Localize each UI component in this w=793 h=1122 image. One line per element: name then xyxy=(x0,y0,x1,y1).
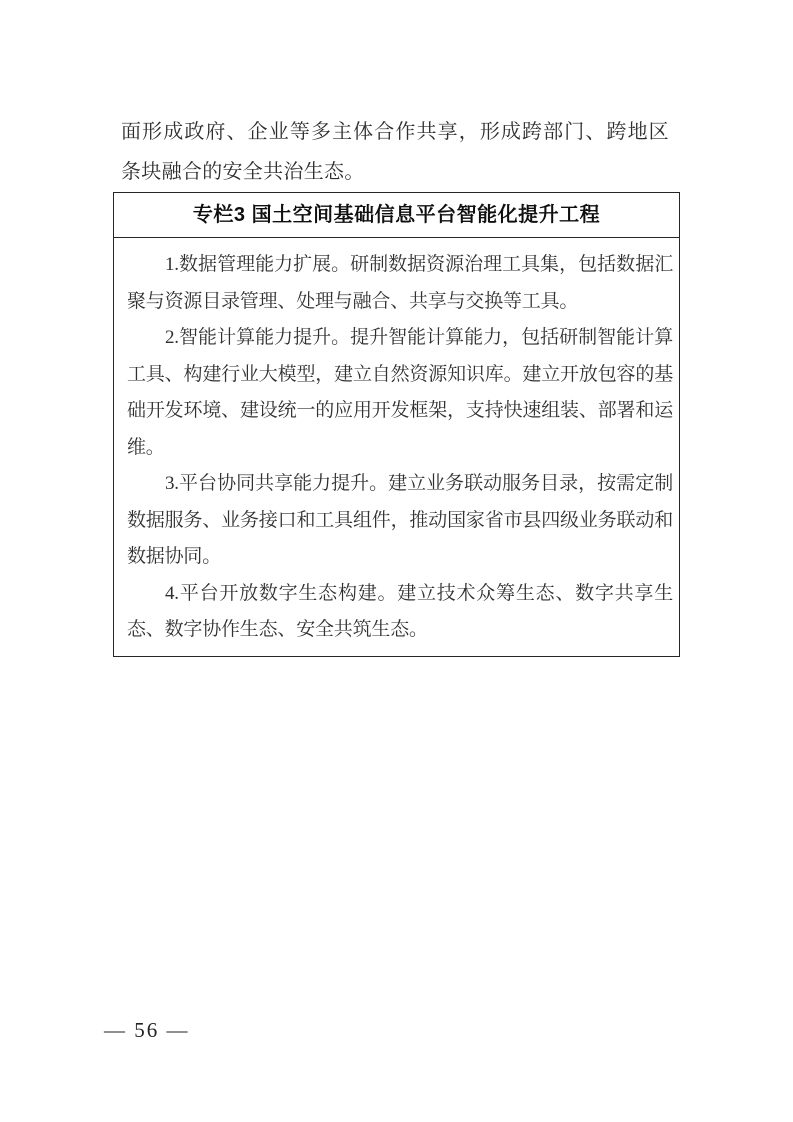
feature-item-2: 2.智能计算能力提升。提升智能计算能力，包括研制智能计算工具、构建行业大模型，建… xyxy=(127,320,673,466)
feature-box-title: 专栏3 国土空间基础信息平台智能化提升工程 xyxy=(114,193,679,238)
feature-box: 专栏3 国土空间基础信息平台智能化提升工程 1.数据管理能力扩展。研制数据资源治… xyxy=(113,192,680,657)
page-number: — 56 — xyxy=(104,1018,190,1043)
feature-item-1: 1.数据管理能力扩展。研制数据资源治理工具集，包括数据汇聚与资源目录管理、处理与… xyxy=(127,247,673,320)
feature-item-4: 4.平台开放数字生态构建。建立技术众筹生态、数字共享生态、数字协作生态、安全共筑… xyxy=(127,576,673,649)
document-page: 面形成政府、企业等多主体合作共享，形成跨部门、跨地区条块融合的安全共治生态。 专… xyxy=(0,0,793,1122)
intro-paragraph: 面形成政府、企业等多主体合作共享，形成跨部门、跨地区条块融合的安全共治生态。 xyxy=(121,112,669,192)
feature-item-3: 3.平台协同共享能力提升。建立业务联动服务目录，按需定制数据服务、业务接口和工具… xyxy=(127,466,673,576)
feature-box-body: 1.数据管理能力扩展。研制数据资源治理工具集，包括数据汇聚与资源目录管理、处理与… xyxy=(114,238,679,649)
